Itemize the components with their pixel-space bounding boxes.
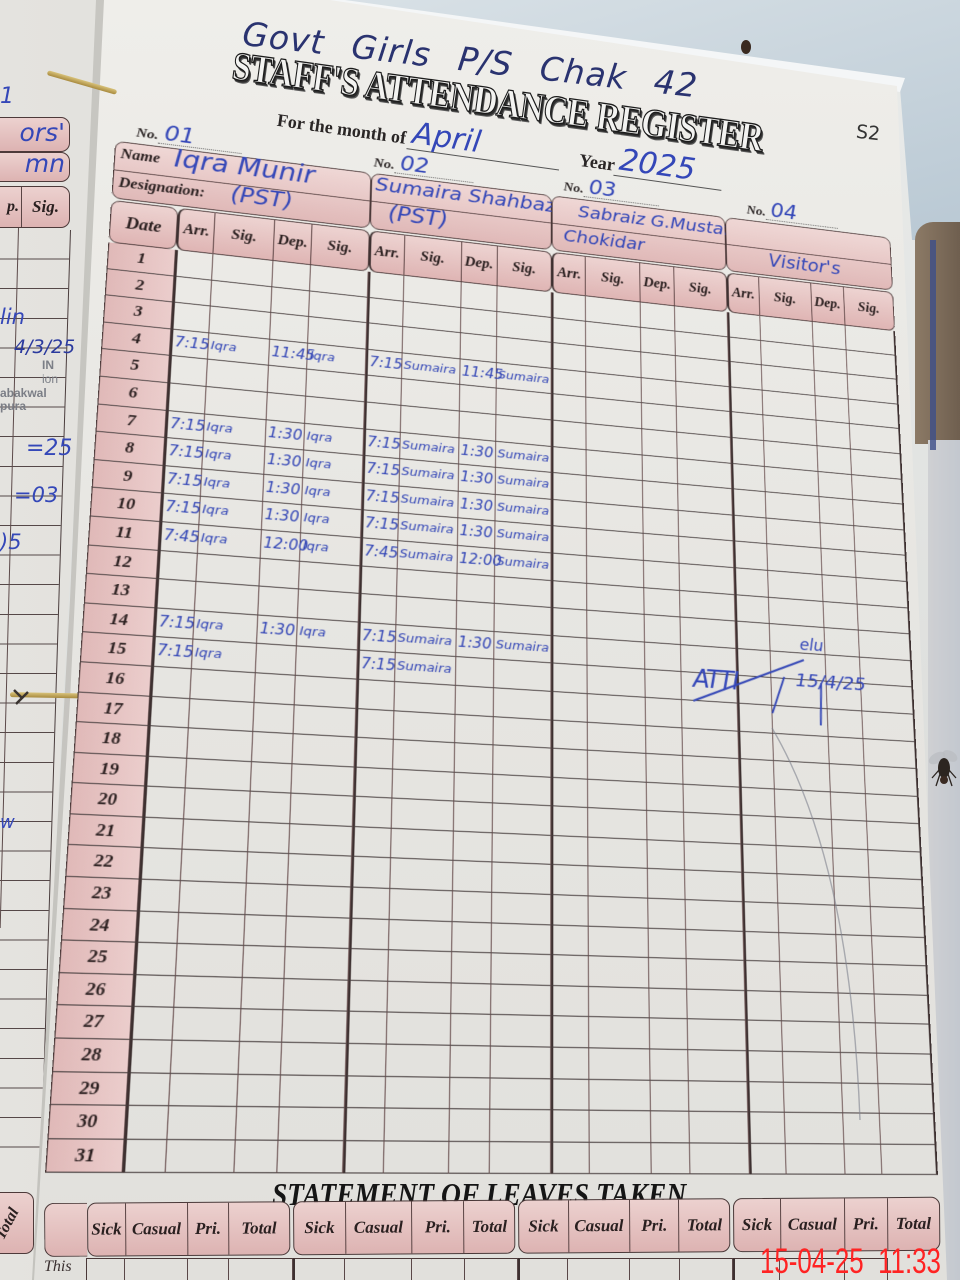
leaves-row-label: This	[40, 1258, 87, 1280]
casual-header: Casual	[346, 1201, 413, 1253]
total-header: Total	[679, 1199, 729, 1251]
privilege-header: Pri.	[412, 1201, 465, 1253]
leaves-cell	[630, 1258, 680, 1280]
leaves-cell	[518, 1258, 568, 1280]
privilege-header: Pri.	[188, 1203, 229, 1255]
leaves-cell	[345, 1258, 412, 1280]
leaves-row-label-header	[44, 1203, 87, 1257]
leaves-cell	[293, 1258, 345, 1280]
total-header: Total	[464, 1201, 514, 1253]
leaves-cell	[680, 1258, 733, 1280]
sick-header: Sick	[88, 1203, 126, 1255]
casual-header: Casual	[569, 1200, 631, 1252]
insect-icon	[738, 38, 754, 56]
total-header: Total	[229, 1202, 290, 1254]
sick-header: Sick	[294, 1202, 346, 1254]
fly-icon	[926, 744, 960, 794]
leaves-cell	[465, 1258, 518, 1280]
privilege-header: Pri.	[630, 1200, 680, 1252]
leaves-group-3: Sick Casual Pri. Total	[518, 1198, 730, 1253]
leaves-cell	[188, 1258, 229, 1280]
leaves-cell	[87, 1258, 125, 1280]
camera-timestamp: 15-04-25 11:33	[760, 1242, 941, 1280]
casual-header: Casual	[126, 1203, 189, 1255]
leaves-group-2: Sick Casual Pri. Total	[293, 1200, 515, 1256]
leaves-cell	[125, 1258, 188, 1280]
string-knot-icon	[10, 686, 32, 708]
pencil-mark	[0, 0, 960, 1280]
leaves-cell	[412, 1258, 465, 1280]
sick-header: Sick	[519, 1200, 569, 1252]
leaves-group-1: Sick Casual Pri. Total	[87, 1201, 290, 1256]
leaves-cell	[229, 1258, 293, 1280]
leaves-cell	[568, 1258, 630, 1280]
